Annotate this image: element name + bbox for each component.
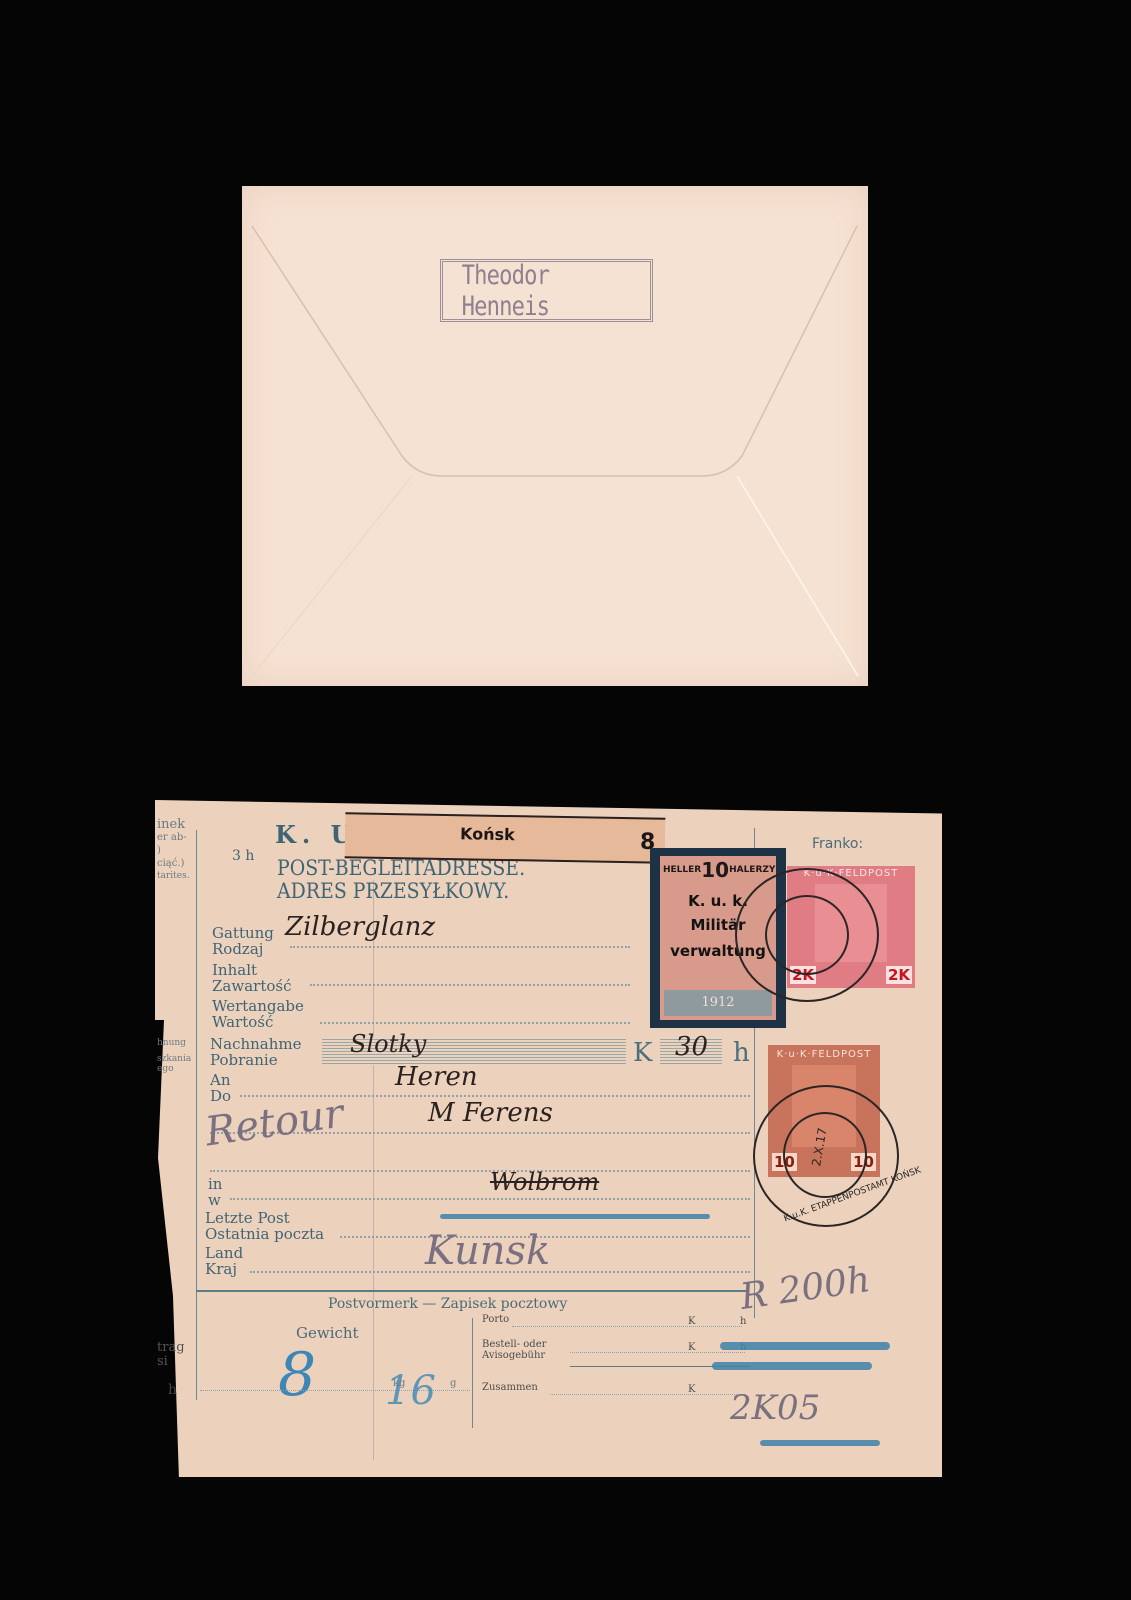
label-de: Letzte Post bbox=[205, 1210, 324, 1226]
label-de: Wertangabe bbox=[212, 998, 304, 1014]
field-land-label: Land Kraj bbox=[205, 1245, 243, 1277]
origin-label-strip: Końsk bbox=[345, 812, 666, 864]
stub-line: hnung bbox=[157, 1038, 186, 1048]
label-pl: Zawartość bbox=[212, 978, 291, 994]
fee-porto-label: Porto bbox=[482, 1314, 509, 1325]
postal-note-title: Postvormerk — Zapisek pocztowy bbox=[328, 1296, 567, 1312]
field-nachnahme-label: Nachnahme Pobranie bbox=[210, 1036, 302, 1068]
stub-line: trag bbox=[157, 1340, 185, 1355]
dotted-line bbox=[320, 1022, 630, 1024]
blue-cancel-bar bbox=[712, 1362, 872, 1370]
field-wertangabe-label: Wertangabe Wartość bbox=[212, 998, 304, 1030]
value-address: M Ferens bbox=[428, 1098, 553, 1128]
label-pl: Wartość bbox=[212, 1014, 304, 1030]
fee-label: 3 h bbox=[232, 848, 254, 864]
dotted-line bbox=[550, 1394, 745, 1395]
stamp-value: 10 bbox=[701, 858, 729, 882]
stub-line: si bbox=[157, 1354, 168, 1369]
stub-line: ) bbox=[157, 844, 190, 857]
fees-divider bbox=[472, 1318, 473, 1428]
label-pl: w bbox=[208, 1192, 222, 1208]
value-letzte-post: Kunsk bbox=[425, 1228, 550, 1274]
field-inhalt-label: Inhalt Zawartość bbox=[212, 962, 291, 994]
label-pl: Ostatnia poczta bbox=[205, 1226, 324, 1242]
stub-line: ciąć.) bbox=[157, 857, 190, 870]
label-de: Nachnahme bbox=[210, 1036, 302, 1052]
weight-extra: 16 bbox=[385, 1368, 436, 1414]
value-nachnahme: Slotky bbox=[350, 1030, 426, 1058]
dotted-line bbox=[310, 984, 630, 986]
blue-strike bbox=[440, 1214, 710, 1219]
weight-value: 8 bbox=[278, 1340, 316, 1410]
stub-line: er ab- bbox=[157, 831, 190, 844]
dotted-line bbox=[230, 1198, 750, 1200]
stamp-heller: HELLER bbox=[663, 865, 701, 875]
stamp-year: 1912 bbox=[701, 995, 734, 1010]
stub-line: h bbox=[168, 1382, 177, 1398]
stub-line: tarites. bbox=[157, 870, 190, 883]
stamp-value: 2K bbox=[886, 966, 912, 984]
field-gattung-label: Gattung Rodzaj bbox=[212, 925, 274, 957]
stub-line: inek bbox=[157, 818, 190, 831]
stub-divider bbox=[196, 830, 197, 1400]
field-letzte-post-label: Letzte Post Ostatnia poczta bbox=[205, 1210, 324, 1242]
stamp-year-band: 1912 bbox=[664, 990, 772, 1016]
label-de: Gattung bbox=[212, 925, 274, 941]
stamp-halerzy: HALERZY bbox=[729, 865, 775, 875]
fee-total-label: Zusammen bbox=[482, 1382, 538, 1393]
label-de: An bbox=[210, 1072, 231, 1088]
value-gattung: Zilberglanz bbox=[285, 912, 435, 942]
blue-cancel-bar bbox=[720, 1342, 890, 1350]
label-pl: Kraj bbox=[205, 1261, 243, 1277]
dotted-line bbox=[512, 1326, 742, 1327]
sender-name: Theodor Henneis bbox=[462, 260, 632, 322]
section-divider bbox=[196, 1290, 746, 1292]
stub-line: szkania bbox=[157, 1054, 191, 1064]
pencil-note-bottom: 2K05 bbox=[730, 1388, 820, 1428]
label-de: Land bbox=[205, 1245, 243, 1261]
dotted-line bbox=[210, 1170, 750, 1172]
fee-bestell-label: Bestell- oder Avisogebühr bbox=[482, 1339, 572, 1361]
label-pl: Pobranie bbox=[210, 1052, 302, 1068]
stamp-header: HELLER 10 HALERZY bbox=[663, 858, 773, 882]
sender-stamp: Theodor Henneis bbox=[440, 259, 653, 322]
stub-line: ego bbox=[157, 1064, 174, 1074]
postmark-inner bbox=[765, 895, 849, 975]
dotted-line bbox=[290, 946, 630, 948]
origin-label: Końsk bbox=[460, 824, 515, 844]
fee-k: K bbox=[688, 1384, 695, 1395]
fee-k: K bbox=[688, 1342, 695, 1353]
dotted-line bbox=[250, 1271, 750, 1273]
label-de: in bbox=[208, 1176, 222, 1192]
label-de: Inhalt bbox=[212, 962, 291, 978]
title-polish: ADRES PRZESYŁKOWY. bbox=[277, 879, 509, 903]
value-amount: 30 bbox=[675, 1032, 708, 1062]
value-an: Heren bbox=[395, 1062, 478, 1092]
fee-k: K bbox=[688, 1316, 695, 1327]
currency-k: K bbox=[633, 1038, 652, 1068]
label-pl: Do bbox=[210, 1088, 231, 1104]
field-an-label: An Do bbox=[210, 1072, 231, 1104]
dotted-line bbox=[570, 1352, 745, 1353]
label-pl: Rodzaj bbox=[212, 941, 274, 957]
value-in-struck: Wolbrom bbox=[490, 1168, 599, 1196]
stamp-header: K·u·K·FELDPOST bbox=[768, 1049, 880, 1060]
currency-h: h bbox=[733, 1038, 750, 1068]
blue-cancel-bar bbox=[760, 1440, 880, 1446]
franko-label: Franko: bbox=[812, 836, 863, 852]
stub-text: inek er ab- ) ciąć.) tarites. bbox=[157, 818, 190, 883]
field-in-label: in w bbox=[208, 1176, 222, 1208]
unit-g: g bbox=[450, 1378, 456, 1389]
